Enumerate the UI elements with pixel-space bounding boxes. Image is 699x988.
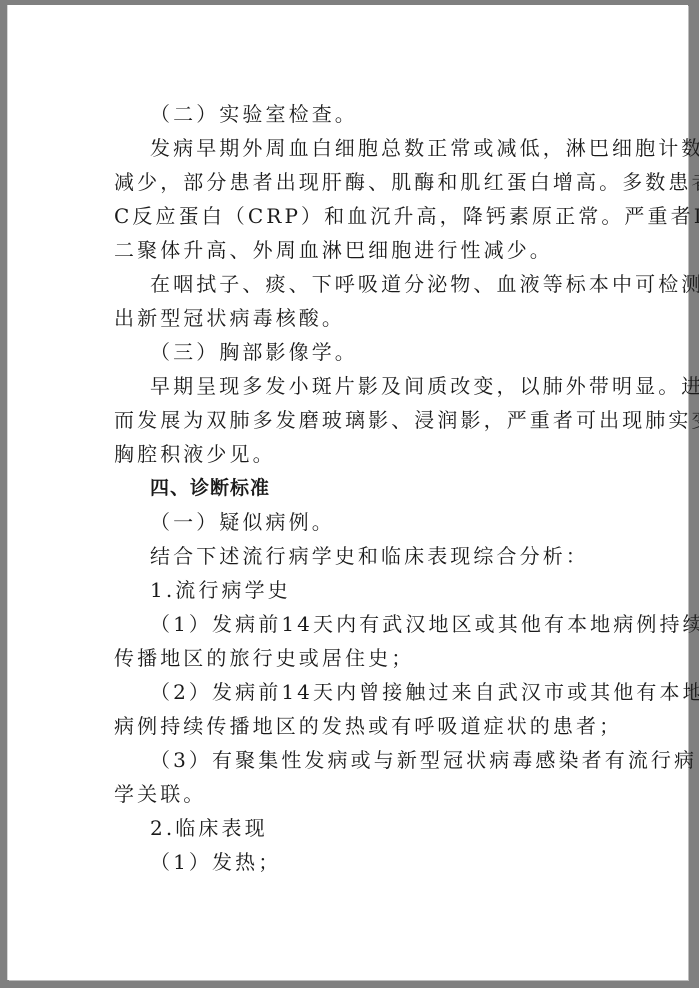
list-heading-clinical: 2.临床表现 — [114, 811, 592, 845]
paragraph-line: 而发展为双肺多发磨玻璃影、浸润影，严重者可出现肺实变， — [114, 403, 592, 437]
paragraph-line: 在咽拭子、痰、下呼吸道分泌物、血液等标本中可检测 — [114, 267, 592, 301]
list-item-line: 病例持续传播地区的发热或有呼吸道症状的患者； — [114, 709, 592, 743]
list-item-line: （3）有聚集性发病或与新型冠状病毒感染者有流行病 — [114, 743, 592, 777]
subheading-chest-imaging: （三）胸部影像学。 — [114, 335, 592, 369]
paragraph-line: 胸腔积液少见。 — [114, 437, 592, 471]
paragraph-line: C反应蛋白（CRP）和血沉升高，降钙素原正常。严重者D- — [114, 199, 592, 233]
paragraph-line: 早期呈现多发小斑片影及间质改变，以肺外带明显。进 — [114, 369, 592, 403]
list-item-line: （2）发病前14天内曾接触过来自武汉市或其他有本地 — [114, 675, 592, 709]
list-item-line: 学关联。 — [114, 777, 592, 811]
paragraph-line: 出新型冠状病毒核酸。 — [114, 301, 592, 335]
paragraph-line: 结合下述流行病学史和临床表现综合分析： — [114, 539, 592, 573]
subheading-lab-tests: （二）实验室检查。 — [114, 97, 592, 131]
document-body: （二）实验室检查。 发病早期外周血白细胞总数正常或减低，淋巴细胞计数 减少，部分… — [114, 97, 592, 879]
list-item-line: 传播地区的旅行史或居住史； — [114, 641, 592, 675]
paragraph-line: 发病早期外周血白细胞总数正常或减低，淋巴细胞计数 — [114, 131, 592, 165]
list-heading-epidemiology: 1.流行病学史 — [114, 573, 592, 607]
section-heading-diagnostic-criteria: 四、诊断标准 — [114, 471, 592, 505]
paragraph-line: 二聚体升高、外周血淋巴细胞进行性减少。 — [114, 233, 592, 267]
document-page: （二）实验室检查。 发病早期外周血白细胞总数正常或减低，淋巴细胞计数 减少，部分… — [8, 5, 688, 980]
subheading-suspected-cases: （一）疑似病例。 — [114, 505, 592, 539]
list-item-line: （1）发热； — [114, 845, 592, 879]
paragraph-line: 减少，部分患者出现肝酶、肌酶和肌红蛋白增高。多数患者 — [114, 165, 592, 199]
list-item-line: （1）发病前14天内有武汉地区或其他有本地病例持续 — [114, 607, 592, 641]
